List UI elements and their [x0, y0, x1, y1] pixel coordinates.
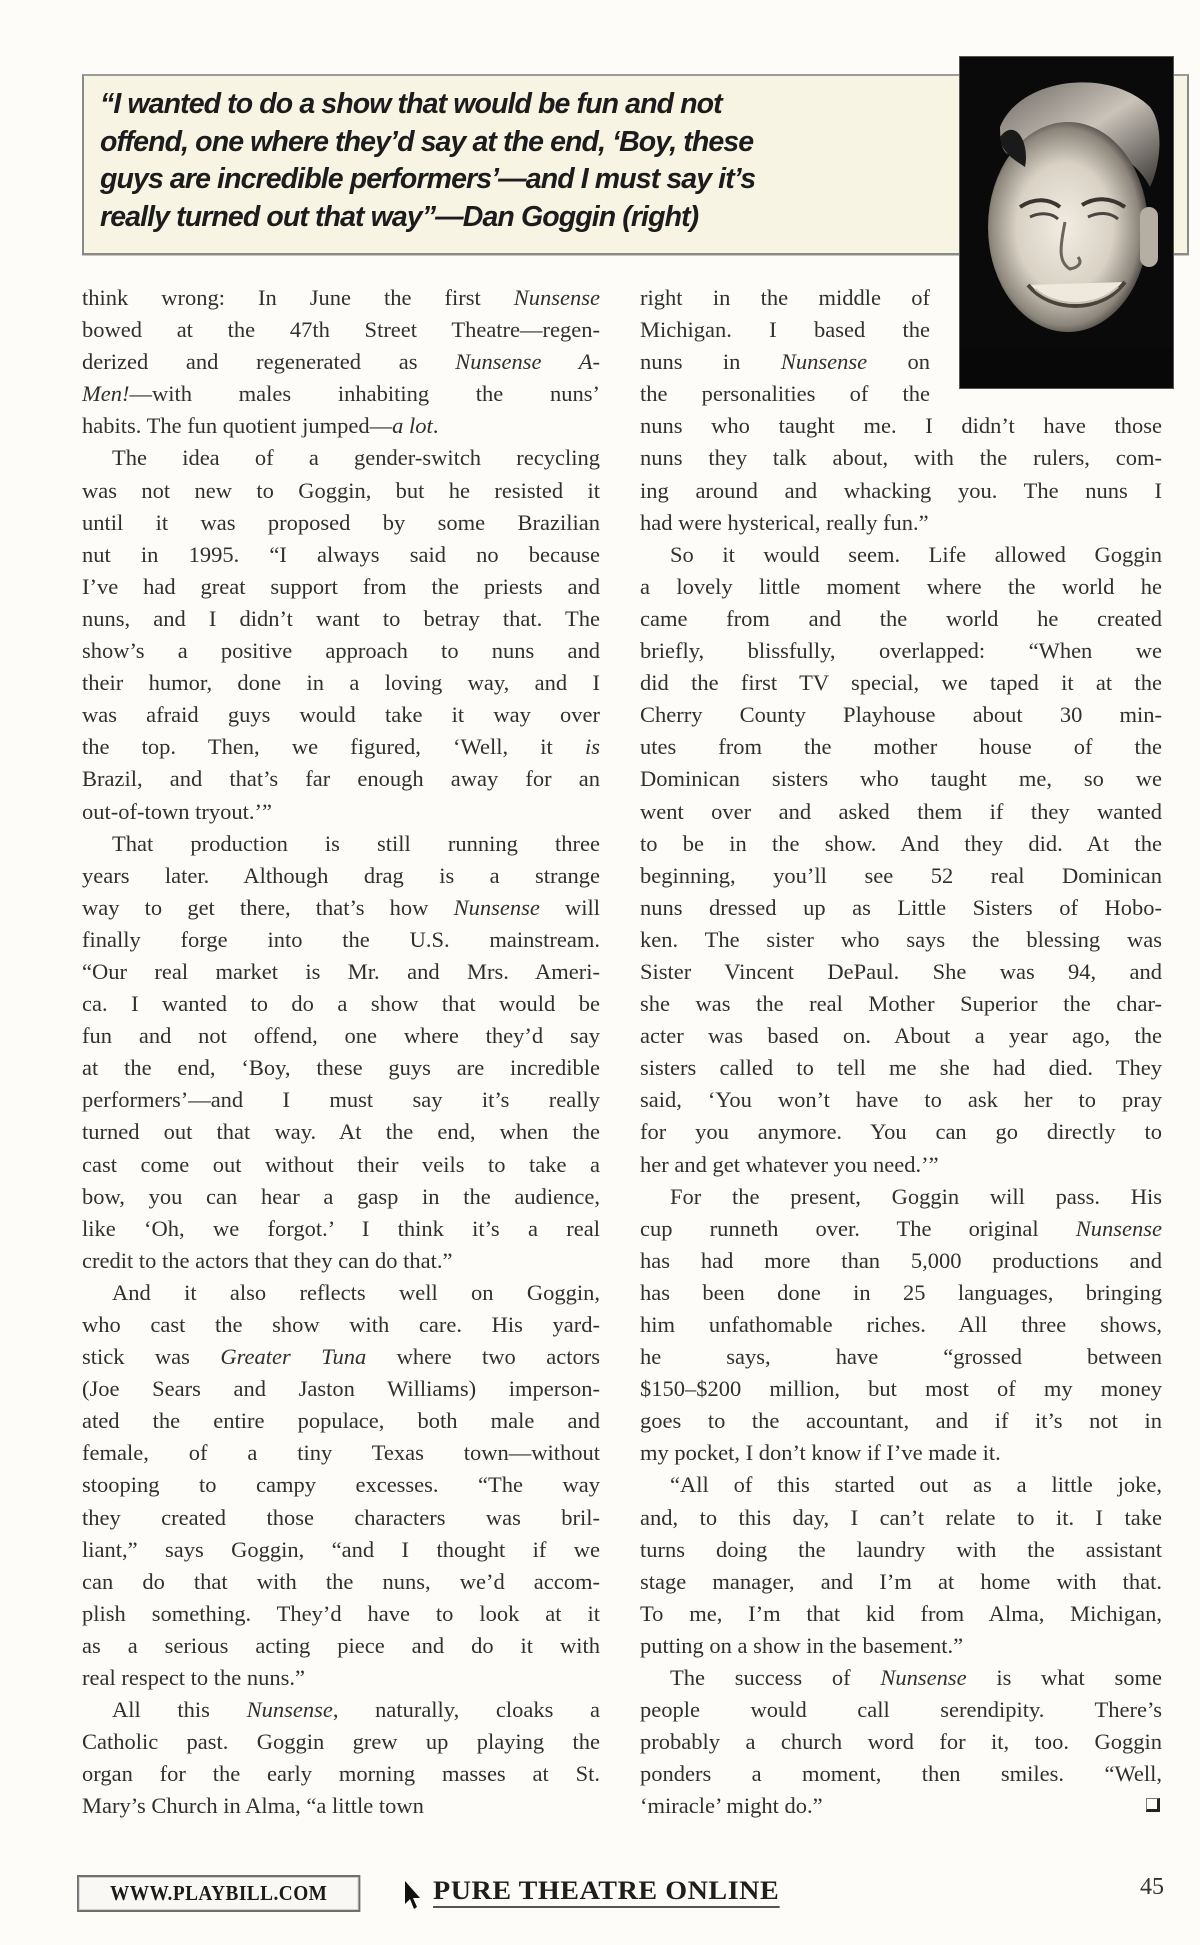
article-line: habits. The fun quotient jumped—a lot.	[82, 410, 600, 442]
article-line: has been done in 25 languages, bringing	[640, 1277, 1162, 1309]
article-line: ated the entire populace, both male and	[82, 1405, 600, 1437]
italic-title: is	[585, 734, 600, 759]
article-line: That production is still running three	[82, 828, 600, 860]
article-line: way to get there, that’s how Nunsense wi…	[82, 892, 600, 924]
article-line: stooping to campy excesses. “The way	[82, 1469, 600, 1501]
article-line: was afraid guys would take it way over	[82, 699, 600, 731]
article-line: probably a church word for it, too. Gogg…	[640, 1726, 1162, 1758]
article-line: To me, I’m that kid from Alma, Michigan,	[640, 1598, 1162, 1630]
cursor-arrow-icon	[403, 1880, 421, 1910]
article-line: All this Nunsense, naturally, cloaks a	[82, 1694, 600, 1726]
article-line: For the present, Goggin will pass. His	[640, 1181, 1162, 1213]
article-line: nut in 1995. “I always said no because	[82, 539, 600, 571]
article-line: my pocket, I don’t know if I’ve made it.	[640, 1437, 1162, 1469]
article-line: was not new to Goggin, but he resisted i…	[82, 475, 600, 507]
article-line: to be in the show. And they did. At the	[640, 828, 1162, 860]
article-line: (Joe Sears and Jaston Williams) imperson…	[82, 1373, 600, 1405]
article-line: for you anymore. You can go directly to	[640, 1116, 1162, 1148]
article-line: real respect to the nuns.”	[82, 1662, 600, 1694]
article-line: she was the real Mother Superior the cha…	[640, 988, 1162, 1020]
article-line: finally forge into the U.S. mainstream.	[82, 924, 600, 956]
italic-title: a lot	[392, 413, 433, 438]
article-line: bowed at the 47th Street Theatre—regen-	[82, 314, 600, 346]
article-line: liant,” says Goggin, “and I thought if w…	[82, 1534, 600, 1566]
article-line: credit to the actors that they can do th…	[82, 1245, 600, 1277]
article-line: derized and regenerated as Nunsense A-	[82, 346, 600, 378]
article-line: briefly, blissfully, overlapped: “When w…	[640, 635, 1162, 667]
pull-quote-line: offend, one where they’d say at the end,…	[100, 124, 950, 162]
article-line: nuns dressed up as Little Sisters of Hob…	[640, 892, 1162, 924]
pull-quote-line: “I wanted to do a show that would be fun…	[100, 86, 950, 124]
article-line: turns doing the laundry with the assista…	[640, 1534, 1162, 1566]
article-line: nuns they talk about, with the rulers, c…	[640, 442, 1162, 474]
article-line: he says, have “grossed between	[640, 1341, 1162, 1373]
article-line: beginning, you’ll see 52 real Dominican	[640, 860, 1162, 892]
italic-title: Greater Tuna	[220, 1344, 366, 1369]
article-line: nuns, and I didn’t want to betray that. …	[82, 603, 600, 635]
article-line: as a serious acting piece and do it with	[82, 1630, 600, 1662]
article-line: Men!—with males inhabiting the nuns’	[82, 378, 600, 410]
article-line: nuns who taught me. I didn’t have those	[640, 410, 1162, 442]
article-line: came from and the world he created	[640, 603, 1162, 635]
article-line: cup runneth over. The original Nunsense	[640, 1213, 1162, 1245]
article-line: Brazil, and that’s far enough away for a…	[82, 763, 600, 795]
page-number: 45	[1140, 1874, 1164, 1901]
article-line: like ‘Oh, we forgot.’ I think it’s a rea…	[82, 1213, 600, 1245]
article-line: cast come out without their veils to tak…	[82, 1149, 600, 1181]
article-line: The success of Nunsense is what some	[640, 1662, 1162, 1694]
article-line: years later. Although drag is a strange	[82, 860, 600, 892]
article-line: did the first TV special, we taped it at…	[640, 667, 1162, 699]
article-line: think wrong: In June the first Nunsense	[82, 282, 600, 314]
article-line: Catholic past. Goggin grew up playing th…	[82, 1726, 600, 1758]
article-line: I’ve had great support from the priests …	[82, 571, 600, 603]
end-of-article-icon	[1146, 1798, 1160, 1812]
article-line: had were hysterical, really fun.”	[640, 507, 1162, 539]
article-line: performers’—and I must say it’s really	[82, 1084, 600, 1116]
article-line: $150–$200 million, but most of my money	[640, 1373, 1162, 1405]
article-line: plish something. They’d have to look at …	[82, 1598, 600, 1630]
article-line: right in the middle of	[640, 282, 930, 314]
article-line: her and get whatever you need.’”	[640, 1149, 1162, 1181]
article-line: the personalities of the	[640, 378, 930, 410]
article-line: said, ‘You won’t have to ask her to pray	[640, 1084, 1162, 1116]
italic-title: Nunsense	[1076, 1216, 1162, 1241]
article-line: ing around and whacking you. The nuns I	[640, 475, 1162, 507]
italic-title: Nunsense	[880, 1665, 966, 1690]
article-line: stick was Greater Tuna where two actors	[82, 1341, 600, 1373]
footer-tagline: PURE THEATRE ONLINE	[433, 1876, 779, 1908]
italic-title: Nunsense	[454, 895, 540, 920]
article-line: putting on a show in the basement.”	[640, 1630, 1162, 1662]
article-line: “All of this started out as a little jok…	[640, 1469, 1162, 1501]
article-line: Dominican sisters who taught me, so we	[640, 763, 1162, 795]
article-line: ca. I wanted to do a show that would be	[82, 988, 600, 1020]
article-line: who cast the show with care. His yard-	[82, 1309, 600, 1341]
article-line: utes from the mother house of the	[640, 731, 1162, 763]
pull-quote-line: really turned out that way”—Dan Goggin (…	[100, 199, 950, 237]
pull-quote-line: guys are incredible performers’—and I mu…	[100, 161, 950, 199]
article-line: So it would seem. Life allowed Goggin	[640, 539, 1162, 571]
article-line: Sister Vincent DePaul. She was 94, and	[640, 956, 1162, 988]
article-line: ‘miracle’ might do.”	[640, 1790, 1162, 1822]
italic-title: Nunsense	[247, 1697, 333, 1722]
article-line: bow, you can hear a gasp in the audience…	[82, 1181, 600, 1213]
italic-title: Nunsense	[781, 349, 867, 374]
playbill-url-link[interactable]: WWW.PLAYBILL.COM	[77, 1875, 360, 1912]
italic-title: Nunsense A-	[455, 349, 600, 374]
article-line: has had more than 5,000 productions and	[640, 1245, 1162, 1277]
article-line: ponders a moment, then smiles. “Well,	[640, 1758, 1162, 1790]
article-line: “Our real market is Mr. and Mrs. Ameri-	[82, 956, 600, 988]
article-line: at the end, ‘Boy, these guys are incredi…	[82, 1052, 600, 1084]
article-line: ken. The sister who says the blessing wa…	[640, 924, 1162, 956]
article-line: organ for the early morning masses at St…	[82, 1758, 600, 1790]
article-line: Michigan. I based the	[640, 314, 930, 346]
article-line: their humor, done in a loving way, and I	[82, 667, 600, 699]
pull-quote-text: “I wanted to do a show that would be fun…	[100, 86, 950, 236]
article-line: him unfathomable riches. All three shows…	[640, 1309, 1162, 1341]
article-line: stage manager, and I’m at home with that…	[640, 1566, 1162, 1598]
article-line: female, of a tiny Texas town—without	[82, 1437, 600, 1469]
article-line: people would call serendipity. There’s	[640, 1694, 1162, 1726]
article-line: turned out that way. At the end, when th…	[82, 1116, 600, 1148]
article-line: sisters called to tell me she had died. …	[640, 1052, 1162, 1084]
article-line: they created those characters was bril-	[82, 1502, 600, 1534]
article-line: until it was proposed by some Brazilian	[82, 507, 600, 539]
article-line: can do that with the nuns, we’d accom-	[82, 1566, 600, 1598]
article-line: and, to this day, I can’t relate to it. …	[640, 1502, 1162, 1534]
article-line: And it also reflects well on Goggin,	[82, 1277, 600, 1309]
article-line: the top. Then, we figured, ‘Well, it is	[82, 731, 600, 763]
article-line: a lovely little moment where the world h…	[640, 571, 1162, 603]
italic-title: Nunsense	[514, 285, 600, 310]
article-line: show’s a positive approach to nuns and	[82, 635, 600, 667]
article-column-1: think wrong: In June the first Nunsenseb…	[82, 282, 600, 1823]
article-column-2: right in the middle ofMichigan. I based …	[640, 282, 1162, 1823]
article-line: Mary’s Church in Alma, “a little town	[82, 1790, 600, 1822]
article-line: went over and asked them if they wanted	[640, 796, 1162, 828]
article-line: acter was based on. About a year ago, th…	[640, 1020, 1162, 1052]
article-line: out-of-town tryout.’”	[82, 796, 600, 828]
article-line: fun and not offend, one where they’d say	[82, 1020, 600, 1052]
article-line: Cherry County Playhouse about 30 min-	[640, 699, 1162, 731]
article-line: goes to the accountant, and if it’s not …	[640, 1405, 1162, 1437]
italic-title: Men!	[82, 381, 129, 406]
article-line: The idea of a gender-switch recycling	[82, 442, 600, 474]
article-line: nuns in Nunsense on	[640, 346, 930, 378]
